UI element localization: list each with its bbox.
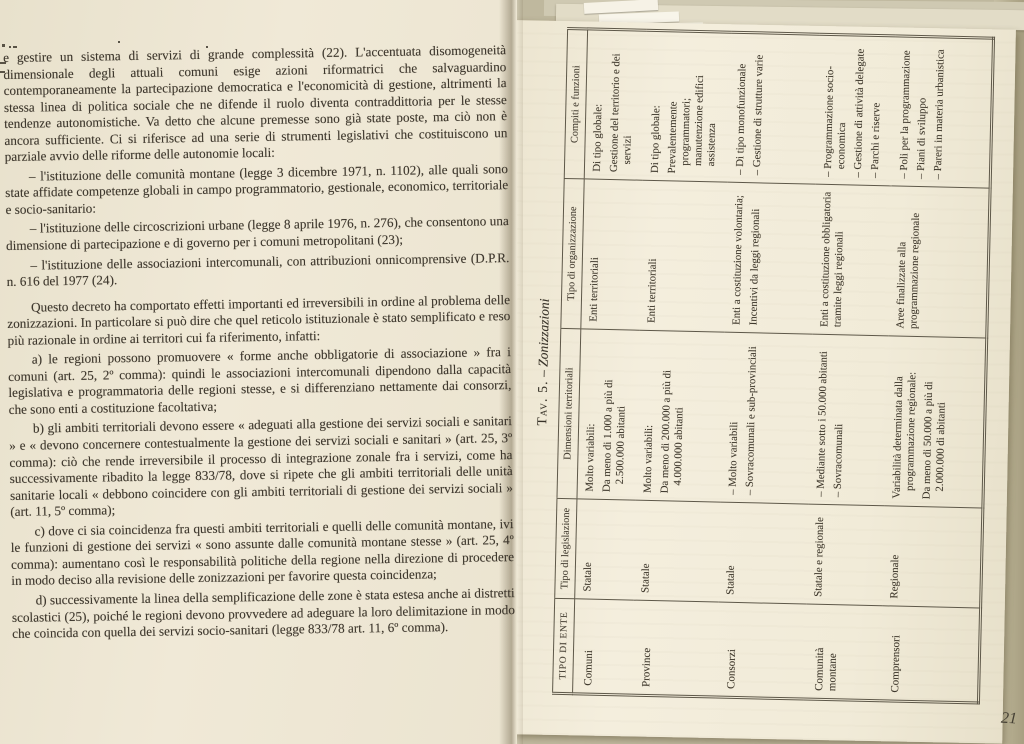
cell-legislazione: Statale: [575, 499, 636, 600]
table-title-separator: –: [535, 370, 550, 377]
cell-organizzazione: Enti territoriali: [640, 180, 728, 332]
ink-speck: [118, 41, 120, 43]
page-number: 21: [1001, 710, 1018, 729]
paragraph: a) le regioni possono promuovere « forme…: [8, 344, 512, 418]
cell-dimensioni: Molto variabili:Da meno di 200.000 a più…: [636, 330, 725, 502]
paragraph: d) successivamente la linea della sempli…: [12, 585, 516, 643]
paragraph: c) dove ci sia coincidenza fra questi am…: [10, 516, 514, 590]
cell-ente: Province: [631, 600, 718, 697]
ink-speck: [13, 46, 17, 48]
table-title-prefix: Tav. 5.: [534, 380, 550, 426]
cell-ente: Consorzi: [716, 602, 806, 699]
cell-organizzazione: Aree finalizzate alla programmazione reg…: [888, 186, 990, 338]
paragraph: e gestire un sistema di servizi di grand…: [3, 42, 508, 166]
list-item-paragraph: – l'istituzione delle comunità montane (…: [5, 161, 509, 219]
cell-dimensioni: – Molto variabili– Sovracomunali e sub-p…: [720, 332, 812, 504]
cell-dimensioni: Molto variabili:Da meno di 1.000 a più d…: [577, 329, 640, 500]
column-header-tipo-di-ente: TIPO DI ENTE: [553, 598, 575, 693]
cell-organizzazione: Enti a costituzione volontaria;Incentivi…: [724, 182, 816, 334]
table-row-comprensori: Comprensori Regionale Variabilità determ…: [880, 36, 994, 703]
cell-legislazione: Statale: [633, 500, 720, 602]
zonizzazioni-table: TIPO DI ENTE Tipo di legislazione Dimens…: [552, 27, 995, 705]
cell-organizzazione: Enti a costituzione obbligatoria tramite…: [813, 184, 892, 336]
cell-legislazione: Regionale: [882, 506, 983, 608]
table-row-province: Province Statale Molto variabili:Da meno…: [631, 30, 731, 697]
cell-dimensioni: – Mediante sotto i 50.000 abitanti– Sovr…: [809, 334, 888, 506]
book-scan: e gestire un sistema di servizi di grand…: [0, 0, 1024, 744]
cell-organizzazione: Enti territoriali: [581, 179, 643, 330]
zonizzazioni-table-rotated: Tav. 5. – Zonizzazioni TIPO DI ENTE Tipo…: [528, 29, 997, 704]
cell-compiti: – Di tipo monofunzionale– Gestione di st…: [728, 32, 820, 184]
cell-legislazione: Statale e regionale: [806, 504, 884, 606]
cell-compiti: – Poli per la programmazione– Piani di s…: [892, 36, 994, 188]
cell-ente: Comunità montane: [804, 604, 882, 701]
list-item-paragraph: – l'istituzione delle circoscrizioni urb…: [6, 214, 509, 255]
ink-speck: [9, 46, 11, 48]
cell-legislazione: Statale: [718, 502, 809, 604]
paragraph: b) gli ambiti territoriali devono essere…: [9, 414, 513, 521]
cell-dimensioni: Variabilità determinata dalla programmaz…: [884, 336, 986, 508]
table-row-consorzi: Consorzi Statale – Molto variabili– Sovr…: [716, 32, 819, 699]
column-header-tipo-di-legislazione: Tipo di legislazione: [555, 498, 577, 598]
cell-compiti: Di tipo globale:Gestione del territorio …: [584, 29, 646, 180]
table-title-name: Zonizzazioni: [535, 298, 552, 367]
list-item-paragraph: – l'istituzione delle associazioni inter…: [6, 250, 509, 291]
cell-ente: Comprensori: [880, 606, 981, 703]
cell-compiti: – Programmazione socio-economica– Gestio…: [816, 34, 895, 186]
left-page-text: e gestire un sistema di servizi di grand…: [3, 42, 515, 645]
ink-speck: [2, 44, 5, 47]
cell-ente: Comuni: [573, 599, 634, 695]
paragraph: Questo decreto ha comportato effetti imp…: [7, 292, 511, 350]
cell-compiti: Di tipo globale:Prevalentemente programm…: [643, 30, 731, 182]
